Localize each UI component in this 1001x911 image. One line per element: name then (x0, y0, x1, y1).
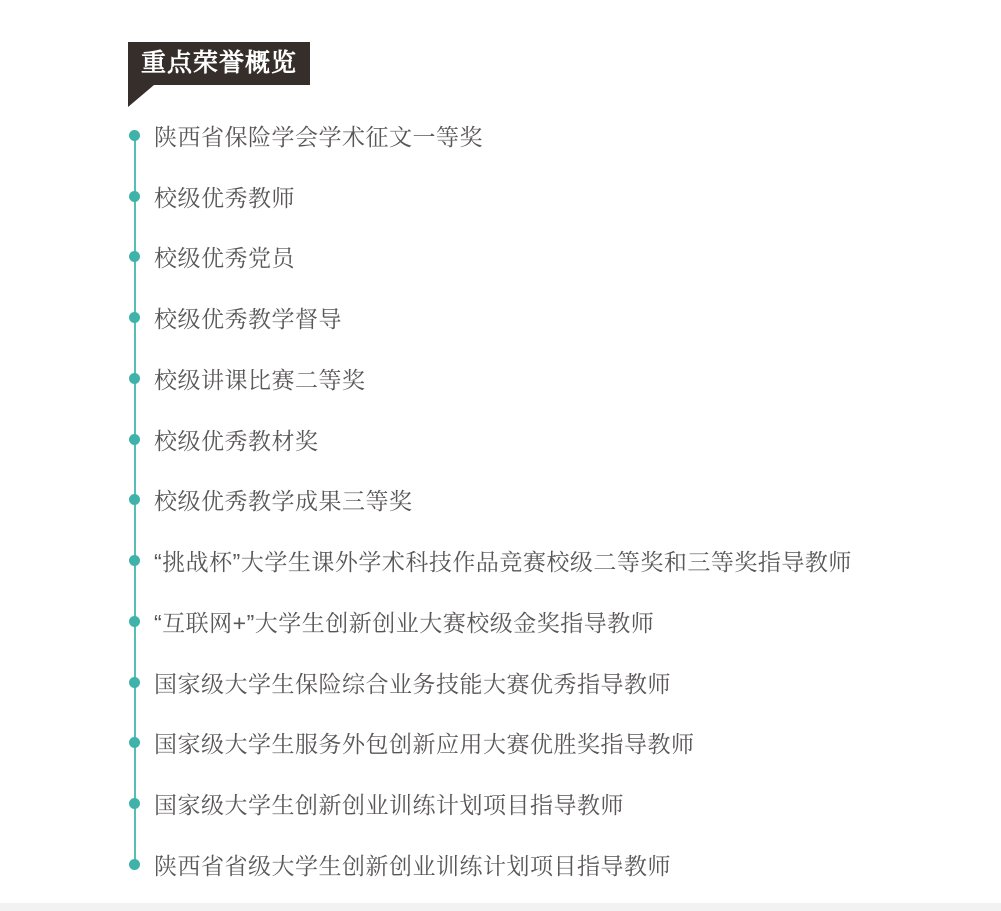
list-item: 校级优秀教师 (125, 166, 965, 227)
honors-timeline: 陕西省保险学会学术征文一等奖 校级优秀教师 校级优秀党员 校级优秀教学督导 校级… (125, 105, 965, 895)
honor-label: 校级讲课比赛二等奖 (154, 362, 366, 395)
honor-label: 校级优秀教材奖 (154, 423, 319, 456)
honor-label: “挑战杯”大学生课外学术科技作品竞赛校级二等奖和三等奖指导教师 (154, 544, 852, 577)
bullet-icon (129, 373, 140, 384)
honor-label: 校级优秀党员 (154, 240, 295, 273)
bullet-icon (129, 191, 140, 202)
honor-label: 校级优秀教师 (154, 180, 295, 213)
bullet-icon (129, 251, 140, 262)
honor-label: “互联网+”大学生创新创业大赛校级金奖指导教师 (154, 605, 654, 638)
list-item: “互联网+”大学生创新创业大赛校级金奖指导教师 (125, 591, 965, 652)
list-item: 校级优秀教材奖 (125, 409, 965, 470)
section-title: 重点荣誉概览 (141, 49, 297, 77)
list-item: 校级优秀教学成果三等奖 (125, 470, 965, 531)
bullet-icon (129, 737, 140, 748)
bullet-icon (129, 555, 140, 566)
honor-label: 国家级大学生保险综合业务技能大赛优秀指导教师 (154, 666, 671, 699)
honor-label: 国家级大学生服务外包创新应用大赛优胜奖指导教师 (154, 726, 695, 759)
bullet-icon (129, 616, 140, 627)
bullet-icon (129, 434, 140, 445)
honor-label: 陕西省省级大学生创新创业训练计划项目指导教师 (154, 848, 671, 881)
honor-label: 国家级大学生创新创业训练计划项目指导教师 (154, 787, 624, 820)
list-item: 校级优秀党员 (125, 227, 965, 288)
bottom-divider-bar (0, 903, 1001, 911)
honor-label: 陕西省保险学会学术征文一等奖 (154, 119, 483, 152)
speech-bubble-tail (128, 85, 154, 107)
list-item: 国家级大学生创新创业训练计划项目指导教师 (125, 773, 965, 834)
list-item: 陕西省保险学会学术征文一等奖 (125, 105, 965, 166)
list-item: 校级优秀教学督导 (125, 287, 965, 348)
bullet-icon (129, 798, 140, 809)
list-item: “挑战杯”大学生课外学术科技作品竞赛校级二等奖和三等奖指导教师 (125, 530, 965, 591)
bullet-icon (129, 859, 140, 870)
list-item: 陕西省省级大学生创新创业训练计划项目指导教师 (125, 834, 965, 895)
honor-label: 校级优秀教学督导 (154, 301, 342, 334)
bullet-icon (129, 494, 140, 505)
list-item: 国家级大学生服务外包创新应用大赛优胜奖指导教师 (125, 713, 965, 774)
list-item: 国家级大学生保险综合业务技能大赛优秀指导教师 (125, 652, 965, 713)
list-item: 校级讲课比赛二等奖 (125, 348, 965, 409)
page: 重点荣誉概览 陕西省保险学会学术征文一等奖 校级优秀教师 校级优秀党员 校级优秀… (0, 0, 1001, 911)
bullet-icon (129, 130, 140, 141)
section-header: 重点荣誉概览 (128, 42, 310, 85)
honor-label: 校级优秀教学成果三等奖 (154, 483, 413, 516)
bullet-icon (129, 312, 140, 323)
bullet-icon (129, 677, 140, 688)
